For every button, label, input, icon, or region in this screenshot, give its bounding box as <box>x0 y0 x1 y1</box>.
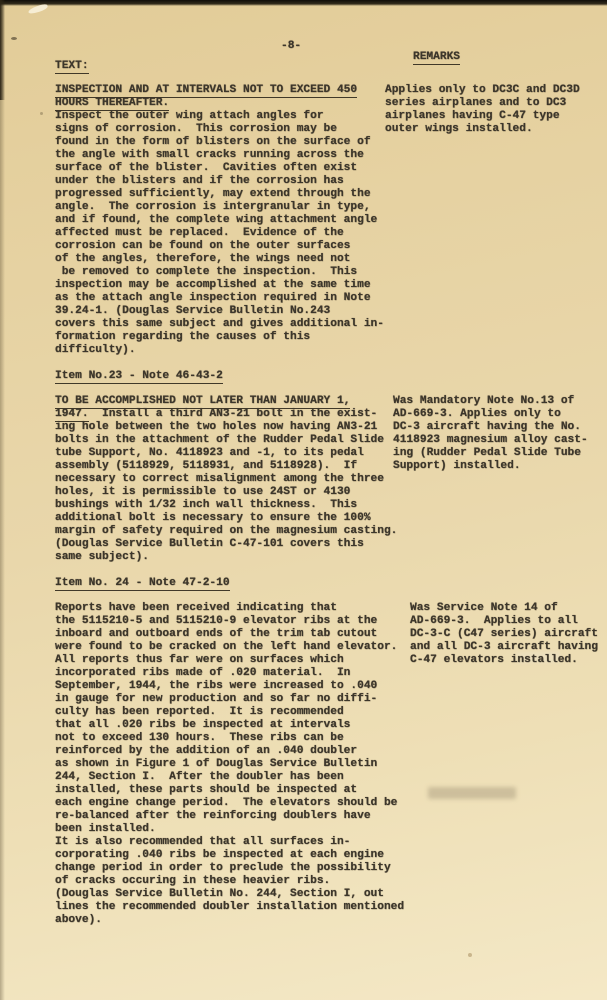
text-segment: found in the form of blisters on the sur… <box>55 136 371 148</box>
text-line: change period in order to preclude the p… <box>55 862 385 875</box>
text-line: inboard and outboard ends of the trim ta… <box>55 628 385 641</box>
text-segment: re-balanced after the reinforcing double… <box>55 810 371 822</box>
text-line: not to exceed 130 hours. These ribs can … <box>55 732 385 745</box>
text-line: Reports have been received indicating th… <box>55 602 385 615</box>
text-line: covers this same subject and gives addit… <box>55 318 385 331</box>
item-heading: Item No.23 - Note 46-43-2 <box>55 357 385 383</box>
text-segment: 1947. <box>55 408 89 422</box>
remark-line: outer wings installed. <box>385 123 607 136</box>
section-remarks: Was Mandatory Note No.13 ofAD-669-3. App… <box>385 357 607 564</box>
text-segment: 244, Section I. After the doubler has be… <box>55 771 344 783</box>
text-line: culty has been reported. It is recommend… <box>55 706 385 719</box>
remark-line: and all DC-3 aircraft having <box>410 641 607 654</box>
text-line: TO BE ACCOMPLISHED NOT LATER THAN JANUAR… <box>55 395 385 408</box>
text-line: found in the form of blisters on the sur… <box>55 136 385 149</box>
text-line: signs of corrosion. This corrosion may b… <box>55 123 385 136</box>
section-text: INSPECTION AND AT INTERVALS NOT TO EXCEE… <box>55 84 385 357</box>
remark-line: Support) installed. <box>393 460 607 473</box>
text-segment: installed, these parts should be inspect… <box>55 784 357 796</box>
paper-speck <box>468 953 472 957</box>
text-line: September, 1944, the ribs were increased… <box>55 680 385 693</box>
text-segment: All reports thus far were on surfaces wh… <box>55 654 344 666</box>
remarks-column-header-label: REMARKS <box>413 51 460 65</box>
text-segment: same subject). <box>55 551 149 563</box>
document-page: -8- TEXT: REMARKS INSPECTION AND AT INTE… <box>0 0 607 1000</box>
text-segment: formation regarding the causes of this <box>55 331 310 343</box>
text-line: in gauge for new production and so far n… <box>55 693 385 706</box>
text-segment: (Douglas Service Bulletin No. 244, Secti… <box>55 888 384 900</box>
text-segment: not to exceed 130 hours. These ribs can … <box>55 732 344 744</box>
remark-line: Applies only to DC3C and DC3D <box>385 84 607 97</box>
text-segment: corrosion can be found on the outer surf… <box>55 240 350 252</box>
remark-line: Was Service Note 14 of <box>410 602 607 615</box>
item-heading-label: Item No. 24 - Note 47-2-10 <box>55 577 230 591</box>
text-line: (Douglas Service Bulletin C-47-101 cover… <box>55 538 385 551</box>
remark-line: AD-669-3. Applies to all <box>410 615 607 628</box>
text-segment: inboard and outboard ends of the trim ta… <box>55 628 377 640</box>
text-line: bolts in the attachment of the Rudder Pe… <box>55 434 385 447</box>
text-line: be removed to complete the inspection. T… <box>55 266 385 279</box>
text-segment: in gauge for new production and so far n… <box>55 693 377 705</box>
remark-line: 4118923 magnesium alloy cast- <box>393 434 607 447</box>
text-line: surface of the blister. Cavities often e… <box>55 162 385 175</box>
text-line: as the attach angle inspection required … <box>55 292 385 305</box>
text-segment: Reports have been received indicating th… <box>55 602 337 614</box>
paper-speck <box>40 112 43 115</box>
text-line: under the blisters and if the corrosion … <box>55 175 385 188</box>
text-line: incorporated ribs made of .020 material.… <box>55 667 385 680</box>
text-line: It is also recommended that all surfaces… <box>55 836 385 849</box>
text-segment: as the attach angle inspection required … <box>55 292 371 304</box>
remarks-column-header: REMARKS <box>413 51 460 63</box>
text-segment: signs of corrosion. This corrosion may b… <box>55 123 337 135</box>
content-grid: INSPECTION AND AT INTERVALS NOT TO EXCEE… <box>55 84 607 927</box>
text-segment: covers this same subject and gives addit… <box>55 318 384 330</box>
text-line: progressed sufficiently, may extend thro… <box>55 188 385 201</box>
text-segment: the 5115210-5 and 5115210-9 elevator rib… <box>55 615 377 627</box>
text-line: HOURS THEREAFTER. <box>55 97 385 110</box>
text-line: of the angles, therefore, the wings need… <box>55 253 385 266</box>
text-segment: of the angles, therefore, the wings need… <box>55 253 350 265</box>
text-segment: (Douglas Service Bulletin C-47-101 cover… <box>55 538 364 550</box>
text-segment: lines the recommended doubler installati… <box>55 901 404 913</box>
text-line: that all .020 ribs be inspected at inter… <box>55 719 385 732</box>
text-line: installed, these parts should be inspect… <box>55 784 385 797</box>
text-line: the 5115210-5 and 5115210-9 elevator rib… <box>55 615 385 628</box>
text-column-header: TEXT: <box>55 60 89 72</box>
text-line: additional bolt is necessary to ensure t… <box>55 512 385 525</box>
text-segment: bolts in the attachment of the Rudder Pe… <box>55 434 384 446</box>
text-segment: above). <box>55 914 102 926</box>
text-segment: corporating .040 ribs be inspected at ea… <box>55 849 384 861</box>
text-segment: be removed to complete the inspection. T… <box>55 266 357 278</box>
text-segment: progressed sufficiently, may extend thro… <box>55 188 371 200</box>
text-segment: 39.24-1. (Douglas Service Bulletin No.24… <box>55 305 330 317</box>
scan-edge-left-top <box>0 0 5 100</box>
text-segment: TO BE ACCOMPLISHED NOT LATER THAN JANUAR… <box>55 395 350 409</box>
text-segment: been installed. <box>55 823 156 835</box>
text-line: above). <box>55 914 385 927</box>
text-segment: reinforced by the addition of an .040 do… <box>55 745 357 757</box>
remark-line: DC-3 aircraft having the No. <box>393 421 607 434</box>
text-line: of cracks occuring in these heavier ribs… <box>55 875 385 888</box>
text-segment: necessary to correct misalignment among … <box>55 473 384 485</box>
text-segment: culty has been reported. It is recommend… <box>55 706 344 718</box>
section-text: Item No. 24 - Note 47-2-10Reports have b… <box>55 564 385 927</box>
text-line: were found to be cracked on the left han… <box>55 641 385 654</box>
text-segment: each engine change period. The elevators… <box>55 797 397 809</box>
remark-line: DC-3-C (C47 series) aircraft <box>410 628 607 641</box>
text-segment: that all .020 ribs be inspected at inter… <box>55 719 350 731</box>
text-line: Inspect the outer wing attach angles for <box>55 110 385 123</box>
text-line: necessary to correct misalignment among … <box>55 473 385 486</box>
text-segment: margin of safety required on the magnesi… <box>55 525 397 537</box>
text-segment: holes, it is permissible to use 24ST or … <box>55 486 350 498</box>
text-line: and if found, the complete wing attachme… <box>55 214 385 227</box>
remark-line: AD-669-3. Applies only to <box>393 408 607 421</box>
text-segment: and if found, the complete wing attachme… <box>55 214 377 226</box>
text-line: margin of safety required on the magnesi… <box>55 525 385 538</box>
text-line: as shown in Figure 1 of Douglas Service … <box>55 758 385 771</box>
text-line: holes, it is permissible to use 24ST or … <box>55 486 385 499</box>
remark-line: series airplanes and to DC3 <box>385 97 607 110</box>
text-segment: additional bolt is necessary to ensure t… <box>55 512 371 524</box>
text-line: been installed. <box>55 823 385 836</box>
text-segment: inspection may be accomplished at the sa… <box>55 279 371 291</box>
text-line: the angle with small cracks running acro… <box>55 149 385 162</box>
text-line: each engine change period. The elevators… <box>55 797 385 810</box>
text-column-header-label: TEXT: <box>55 60 89 74</box>
text-segment: under the blisters and if the corrosion … <box>55 175 344 187</box>
text-line: lines the recommended doubler installati… <box>55 901 385 914</box>
scan-edge-top <box>0 0 607 6</box>
text-segment: change period in order to preclude the p… <box>55 862 391 874</box>
text-segment: the angle with small cracks running acro… <box>55 149 364 161</box>
text-segment: Inspect the outer wing attach angles for <box>55 110 324 122</box>
text-segment: surface of the blister. Cavities often e… <box>55 162 357 174</box>
remark-line: airplanes having C-47 type <box>385 110 607 123</box>
text-line: INSPECTION AND AT INTERVALS NOT TO EXCEE… <box>55 84 385 97</box>
ink-speck <box>11 37 17 40</box>
text-line: All reports thus far were on surfaces wh… <box>55 654 385 667</box>
remark-line: Was Mandatory Note No.13 of <box>393 395 607 408</box>
text-segment: September, 1944, the ribs were increased… <box>55 680 377 692</box>
text-line: same subject). <box>55 551 385 564</box>
text-segment: Install a third AN3-21 bolt in the exist… <box>89 408 378 420</box>
text-segment: bushings with 1/32 inch wall thickness. … <box>55 499 357 511</box>
text-line: 39.24-1. (Douglas Service Bulletin No.24… <box>55 305 385 318</box>
text-line: bushings with 1/32 inch wall thickness. … <box>55 499 385 512</box>
text-segment: were found to be cracked on the left han… <box>55 641 397 653</box>
text-segment: as shown in Figure 1 of Douglas Service … <box>55 758 377 770</box>
text-line: tube Support, No. 4118923 and -1, to its… <box>55 447 385 460</box>
section-remarks: Was Service Note 14 ofAD-669-3. Applies … <box>385 564 607 927</box>
text-segment: ing hole between the two holes now havin… <box>55 421 377 433</box>
text-line: angle. The corrosion is intergranular in… <box>55 201 385 214</box>
text-line: difficulty). <box>55 344 385 357</box>
text-line: reinforced by the addition of an .040 do… <box>55 745 385 758</box>
text-segment: difficulty). <box>55 344 136 356</box>
page-number: -8- <box>281 40 301 52</box>
text-line: inspection may be accomplished at the sa… <box>55 279 385 292</box>
text-line: (Douglas Service Bulletin No. 244, Secti… <box>55 888 385 901</box>
text-segment: INSPECTION AND AT INTERVALS NOT TO EXCEE… <box>55 84 357 98</box>
text-line: assembly (5118929, 5118931, and 5118928)… <box>55 460 385 473</box>
text-segment: HOURS THEREAFTER. <box>55 97 169 111</box>
text-line: corrosion can be found on the outer surf… <box>55 240 385 253</box>
text-segment: tube Support, No. 4118923 and -1, to its… <box>55 447 364 459</box>
scan-edge-left <box>0 0 5 1000</box>
item-heading-label: Item No.23 - Note 46-43-2 <box>55 370 223 384</box>
text-segment: affected must be replaced. Evidence of t… <box>55 227 344 239</box>
text-segment: It is also recommended that all surfaces… <box>55 836 350 848</box>
section-remarks: Applies only to DC3C and DC3Dseries airp… <box>385 84 607 357</box>
section-text: Item No.23 - Note 46-43-2TO BE ACCOMPLIS… <box>55 357 385 564</box>
text-line: formation regarding the causes of this <box>55 331 385 344</box>
text-segment: incorporated ribs made of .020 material.… <box>55 667 350 679</box>
remark-line: C-47 elevators installed. <box>410 654 607 667</box>
item-heading: Item No. 24 - Note 47-2-10 <box>55 564 385 590</box>
text-line: corporating .040 ribs be inspected at ea… <box>55 849 385 862</box>
text-line: 244, Section I. After the doubler has be… <box>55 771 385 784</box>
remark-line: ing (Rudder Pedal Slide Tube <box>393 447 607 460</box>
text-segment: assembly (5118929, 5118931, and 5118928)… <box>55 460 357 472</box>
text-line: 1947. Install a third AN3-21 bolt in the… <box>55 408 385 421</box>
text-line: ing hole between the two holes now havin… <box>55 421 385 434</box>
text-segment: of cracks occuring in these heavier ribs… <box>55 875 330 887</box>
text-segment: angle. The corrosion is intergranular in… <box>55 201 371 213</box>
text-line: affected must be replaced. Evidence of t… <box>55 227 385 240</box>
text-line: re-balanced after the reinforcing double… <box>55 810 385 823</box>
